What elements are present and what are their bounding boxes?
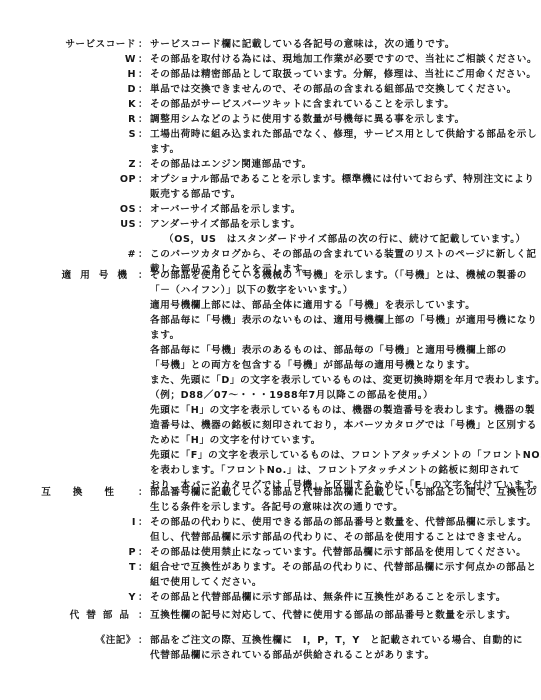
- colon: ：: [138, 217, 146, 232]
- section-text: 互換性欄の記号に対応して、代替に使用する部品の部品番号と数量を示します。: [150, 608, 516, 623]
- code-label: Z: [129, 157, 136, 172]
- section-text: （例；D88／07～・・・1988年7月以降この部品を使用。）: [150, 388, 433, 403]
- code-row-us: US ： アンダーサイズ部品を示します。: [0, 217, 541, 232]
- code-text: アンダーサイズ部品を示します。: [150, 217, 301, 232]
- compat-row-0: 互換性 ： 部品番号欄に記載している部品と代替部品欄に記載している部品との間で、…: [0, 485, 541, 500]
- colon: ：: [138, 247, 146, 262]
- code-label: D: [128, 82, 136, 97]
- colon: ：: [138, 268, 146, 283]
- applicable-unit-row-8: （例；D88／07～・・・1988年7月以降この部品を使用。）: [0, 388, 541, 403]
- colon: ：: [138, 202, 146, 217]
- code-row-k: K ： その部品がサービスパーツキットに含まれていることを示します。: [0, 97, 541, 112]
- colon: ：: [138, 545, 146, 560]
- code-note: （OS，US はスタンダードサイズ部品の次の行に、続けて記載しています。）: [164, 232, 526, 247]
- colon: ：: [138, 97, 146, 112]
- applicable-unit-row-9: 先頭に「H」の文字を表示しているものは、機器の製造番号を表わします。機器の製: [0, 403, 541, 418]
- code-text: ます。: [150, 142, 180, 157]
- code-text: その部品がサービスパーツキットに含まれていることを示します。: [150, 97, 454, 112]
- code-text: その部品はエンジン関連部品です。: [150, 157, 312, 172]
- colon: ：: [138, 37, 146, 52]
- section-text: 代替部品欄に示されている部品が供給されることがあります。: [150, 648, 435, 663]
- code-row-s-cont: ます。: [0, 142, 541, 157]
- compat-row-p: P ： その部品は使用禁止になっています。代替部品欄に示す部品を使用してください…: [0, 545, 541, 560]
- applicable-unit-row-2: 適用号機欄上部には、部品全体に適用する「号機」を表示しています。: [0, 298, 541, 313]
- code-text: その部品は使用禁止になっています。代替部品欄に示す部品を使用してください。: [150, 545, 526, 560]
- code-row-os: OS ： オーバーサイズ部品を示します。: [0, 202, 541, 217]
- colon: ：: [138, 485, 146, 500]
- code-row-h: H ： その部品は精密部品として取扱っています。分解，修理は、当社にご用命くださ…: [0, 67, 541, 82]
- section-text: 部品番号欄に記載している部品と代替部品欄に記載している部品との間で、互換性の: [150, 485, 537, 500]
- code-label: US: [120, 217, 136, 232]
- section-label-service-code: サービスコード: [65, 37, 136, 52]
- colon: ：: [138, 560, 146, 575]
- colon: ：: [138, 112, 146, 127]
- colon: ：: [138, 127, 146, 142]
- code-text: このパーツカタログから、その部品の含まれている装置のリストのページに新しく記: [150, 247, 537, 262]
- code-text: その部品の代わりに、使用できる部品の部品番号と数量を、代替部品欄に示します。: [150, 515, 537, 530]
- applicable-unit-row-6: 「号機」との両方を包含する「号機」が部品毎の適用号機となります。: [0, 358, 541, 373]
- code-row-w: W ： その部品を取付ける為には、現地加工作業が必要ですので、当社にご相談くださ…: [0, 52, 541, 67]
- colon: ：: [138, 82, 146, 97]
- code-row-op: OP ： オプショナル部品であることを示します。標準機には付いておらず、特別注文…: [0, 172, 541, 187]
- colon: ：: [138, 608, 146, 623]
- colon: ：: [138, 590, 146, 605]
- code-label: #: [127, 247, 136, 262]
- colon: ：: [138, 633, 146, 648]
- note-row-1: 代替部品欄に示されている部品が供給されることがあります。: [0, 648, 541, 663]
- colon: ：: [138, 515, 146, 530]
- code-label: T: [129, 560, 136, 575]
- colon: ：: [138, 67, 146, 82]
- section-text: 造番号は、機器の銘板に刻印されており，本パーツカタログでは「号機」と区別する: [150, 418, 537, 433]
- compat-row-i: I ： その部品の代わりに、使用できる部品の部品番号と数量を、代替部品欄に示しま…: [0, 515, 541, 530]
- section-label-applicable-unit: 適用号機: [62, 268, 136, 283]
- applicable-unit-row-3: 各部品毎に「号機」表示のないものは、適用号機欄上部の「号機」が適用号機になり: [0, 313, 541, 328]
- code-label: I: [132, 515, 136, 530]
- code-text: 販売する部品です。: [150, 187, 241, 202]
- code-text: 但し、代替部品欄に示す部品の代わりに、その部品を使用することはできません。: [150, 530, 528, 545]
- section-text: 先頭に「F」の文字を表示しているものは、フロントアタッチメントの「フロントNO.…: [150, 448, 541, 463]
- compat-row-i-cont: 但し、代替部品欄に示す部品の代わりに、その部品を使用することはできません。: [0, 530, 541, 545]
- applicable-unit-row-0: 適用号機 ： その部品を使用している機械の「号機」を示します。（「号機」とは、機…: [0, 268, 541, 283]
- applicable-unit-row-5: 各部品毎に「号機」表示のあるものは、部品毎の「号機」と適用号機欄上部の: [0, 343, 541, 358]
- note-row-0: 《注記》 ： 部品をご注文の際、互換性欄に I，P，T，Y と記載されている場合…: [0, 633, 541, 648]
- colon: ：: [138, 52, 146, 67]
- code-label: OP: [120, 172, 136, 187]
- applicable-unit-row-10: 造番号は、機器の銘板に刻印されており，本パーツカタログでは「号機」と区別する: [0, 418, 541, 433]
- code-text: 組合せで互換性があります。その部品の代わりに、代替部品欄に示す何点かの部品と: [150, 560, 537, 575]
- compat-row-t-cont: 組で使用してください。: [0, 575, 541, 590]
- compat-row-1: 生じる条件を示します。各記号の意味は次の通りです。: [0, 500, 541, 515]
- code-text: その部品と代替部品欄に示す部品は、無条件に互換性があることを示します。: [150, 590, 506, 605]
- colon: ：: [138, 157, 146, 172]
- section-label-note: 《注記》: [96, 633, 136, 648]
- code-label: S: [129, 127, 136, 142]
- section-text: 各部品毎に「号機」表示のないものは、適用号機欄上部の「号機」が適用号機になり: [150, 313, 537, 328]
- code-label: OS: [120, 202, 136, 217]
- section-text: 生じる条件を示します。各記号の意味は次の通りです。: [150, 500, 403, 515]
- code-row-hash: # ： このパーツカタログから、その部品の含まれている装置のリストのページに新し…: [0, 247, 541, 262]
- code-row-s: S ： 工場出荷時に組み込まれた部品でなく、修理，サービス用として供給する部品を…: [0, 127, 541, 142]
- section-text: 先頭に「H」の文字を表示しているものは、機器の製造番号を表わします。機器の製: [150, 403, 535, 418]
- section-text: 「－（ハイフン）」以下の数字をいいます。）: [150, 283, 353, 298]
- applicable-unit-row-13: を表わします。「フロントNo.」は、フロントアタッチメントの銘板に刻印されて: [0, 463, 541, 478]
- section-text: その部品を使用している機械の「号機」を示します。（「号機」とは、機械の製番の: [150, 268, 527, 283]
- code-text: オプショナル部品であることを示します。標準機には付いておらず、特別注文により: [150, 172, 534, 187]
- applicable-unit-row-11: ために「H」の文字を付けています。: [0, 433, 541, 448]
- code-label: P: [128, 545, 136, 560]
- compat-row-t: T ： 組合せで互換性があります。その部品の代わりに、代替部品欄に示す何点かの部…: [0, 560, 541, 575]
- section-text: を表わします。「フロントNo.」は、フロントアタッチメントの銘板に刻印されて: [150, 463, 520, 478]
- section-text: サービスコード欄に記載している各記号の意味は，次の通りです。: [150, 37, 455, 52]
- section-text: ために「H」の文字を付けています。: [150, 433, 321, 448]
- section-text: また、先頭に「D」の文字を表示しているものは、変更切換時期を年月で表わします。: [150, 373, 541, 388]
- section-label-compatibility: 互換性: [41, 485, 136, 500]
- applicable-unit-row-1: 「－（ハイフン）」以下の数字をいいます。）: [0, 283, 541, 298]
- code-text: 調整用シムなどのように使用する数量が号機毎に異る事を示します。: [150, 112, 465, 127]
- code-text: 単品では交換できませんので、その部品の含まれる組部品で交換してください。: [150, 82, 517, 97]
- applicable-unit-row-7: また、先頭に「D」の文字を表示しているものは、変更切換時期を年月で表わします。: [0, 373, 541, 388]
- section-label-substitute-part: 代替部品: [70, 608, 136, 623]
- substitute-part-row: 代替部品 ： 互換性欄の記号に対応して、代替に使用する部品の部品番号と数量を示し…: [0, 608, 541, 623]
- code-row-op-cont: 販売する部品です。: [0, 187, 541, 202]
- applicable-unit-row-12: 先頭に「F」の文字を表示しているものは、フロントアタッチメントの「フロントNO.…: [0, 448, 541, 463]
- code-text: オーバーサイズ部品を示します。: [150, 202, 301, 217]
- code-label: R: [128, 112, 136, 127]
- section-text: 「号機」との両方を包含する「号機」が部品毎の適用号機となります。: [150, 358, 475, 373]
- code-text: 工場出荷時に組み込まれた部品でなく、修理，サービス用として供給する部品を示し: [150, 127, 537, 142]
- code-label: H: [127, 67, 136, 82]
- code-label: Y: [129, 590, 136, 605]
- code-row-d: D ： 単品では交換できませんので、その部品の含まれる組部品で交換してください。: [0, 82, 541, 97]
- code-row-z: Z ： その部品はエンジン関連部品です。: [0, 157, 541, 172]
- code-text: 組で使用してください。: [150, 575, 262, 590]
- section-text: ます。: [150, 328, 180, 343]
- code-text: その部品を取付ける為には、現地加工作業が必要ですので、当社にご相談ください。: [150, 52, 537, 67]
- code-row-r: R ： 調整用シムなどのように使用する数量が号機毎に異る事を示します。: [0, 112, 541, 127]
- code-row-us-note: （OS，US はスタンダードサイズ部品の次の行に、続けて記載しています。）: [0, 232, 541, 247]
- section-text: 適用号機欄上部には、部品全体に適用する「号機」を表示しています。: [150, 298, 475, 313]
- code-text: その部品は精密部品として取扱っています。分解，修理は、当社にご用命ください。: [150, 67, 537, 82]
- service-code-header-row: サービスコード ： サービスコード欄に記載している各記号の意味は，次の通りです。: [0, 37, 541, 52]
- section-text: 各部品毎に「号機」表示のあるものは、部品毎の「号機」と適用号機欄上部の: [150, 343, 507, 358]
- code-label: K: [128, 97, 136, 112]
- section-text: 部品をご注文の際、互換性欄に I，P，T，Y と記載されている場合、自動的に: [150, 633, 523, 648]
- colon: ：: [138, 172, 146, 187]
- code-label: W: [125, 52, 136, 67]
- compat-row-y: Y ： その部品と代替部品欄に示す部品は、無条件に互換性があることを示します。: [0, 590, 541, 605]
- applicable-unit-row-4: ます。: [0, 328, 541, 343]
